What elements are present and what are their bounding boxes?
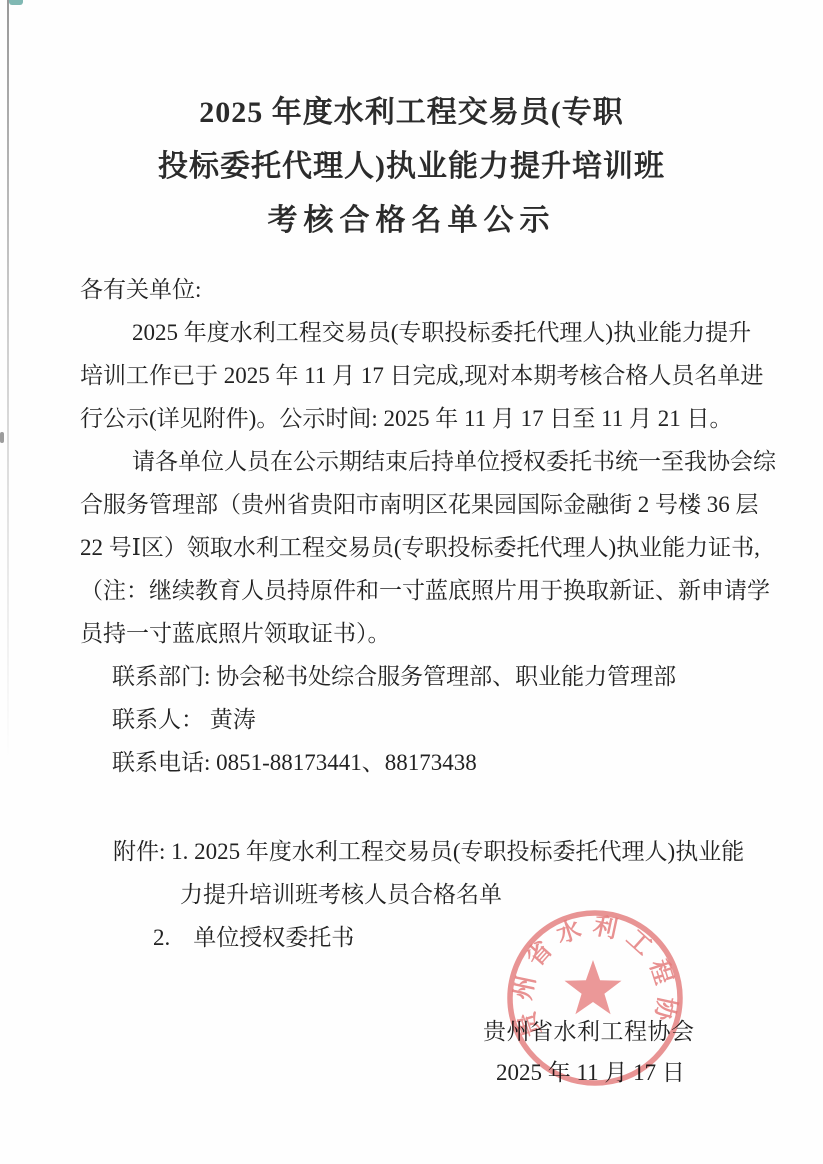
paragraph2-line: （注：继续教育人员持原件和一寸蓝底照片用于换取新证、新申请学 <box>80 569 770 612</box>
title-line: 考核合格名单公示 <box>0 194 823 248</box>
attachment-line: 2. 单位授权委托书 <box>80 916 770 959</box>
issue-date: 2025 年 11 月 17 日 <box>496 1054 685 1087</box>
seal-star-icon <box>565 960 622 1014</box>
paragraph2-line: 22 号Ⅰ区）领取水利工程交易员(专职投标委托代理人)执业能力证书, <box>80 526 770 569</box>
paragraph1-line: 培训工作已于 2025 年 11 月 17 日完成,现对本期考核合格人员名单进 <box>80 354 770 397</box>
paragraph1-line: 2025 年度水利工程交易员(专职投标委托代理人)执业能力提升 <box>80 311 770 354</box>
paragraph2-line: 请各单位人员在公示期结束后持单位授权委托书统一至我协会综 <box>80 440 770 483</box>
paragraph2-line: 员持一寸蓝底照片领取证书）。 <box>80 612 770 655</box>
scan-speck-teal <box>9 0 23 5</box>
document-title: 2025 年度水利工程交易员(专职 投标委托代理人)执业能力提升培训班 考核合格… <box>0 86 823 248</box>
paragraph2-line: 合服务管理部（贵州省贵阳市南明区花果园国际金融街 2 号楼 36 层 <box>80 483 770 526</box>
salutation: 各有关单位: <box>80 268 770 311</box>
paragraph1-line: 行公示(详见附件)。公示时间: 2025 年 11 月 17 日至 11 月 2… <box>80 397 770 440</box>
contact-person: 联系人： 黄涛 <box>80 698 770 741</box>
blank-gap <box>80 784 770 830</box>
scan-speck-dark <box>0 432 4 443</box>
contact-phone: 联系电话: 0851-88173441、88173438 <box>80 741 770 784</box>
attachment-line: 附件: 1. 2025 年度水利工程交易员(专职投标委托代理人)执业能 <box>80 830 770 873</box>
document-page: 2025 年度水利工程交易员(专职 投标委托代理人)执业能力提升培训班 考核合格… <box>0 0 823 1164</box>
issuer-signature: 贵州省水利工程协会 <box>483 1013 695 1046</box>
document-body: 各有关单位: 2025 年度水利工程交易员(专职投标委托代理人)执业能力提升 培… <box>80 268 770 959</box>
contact-department: 联系部门: 协会秘书处综合服务管理部、职业能力管理部 <box>80 655 770 698</box>
title-line: 2025 年度水利工程交易员(专职 <box>0 86 823 140</box>
attachment-line: 力提升培训班考核人员合格名单 <box>80 873 770 916</box>
title-line: 投标委托代理人)执业能力提升培训班 <box>0 140 823 194</box>
